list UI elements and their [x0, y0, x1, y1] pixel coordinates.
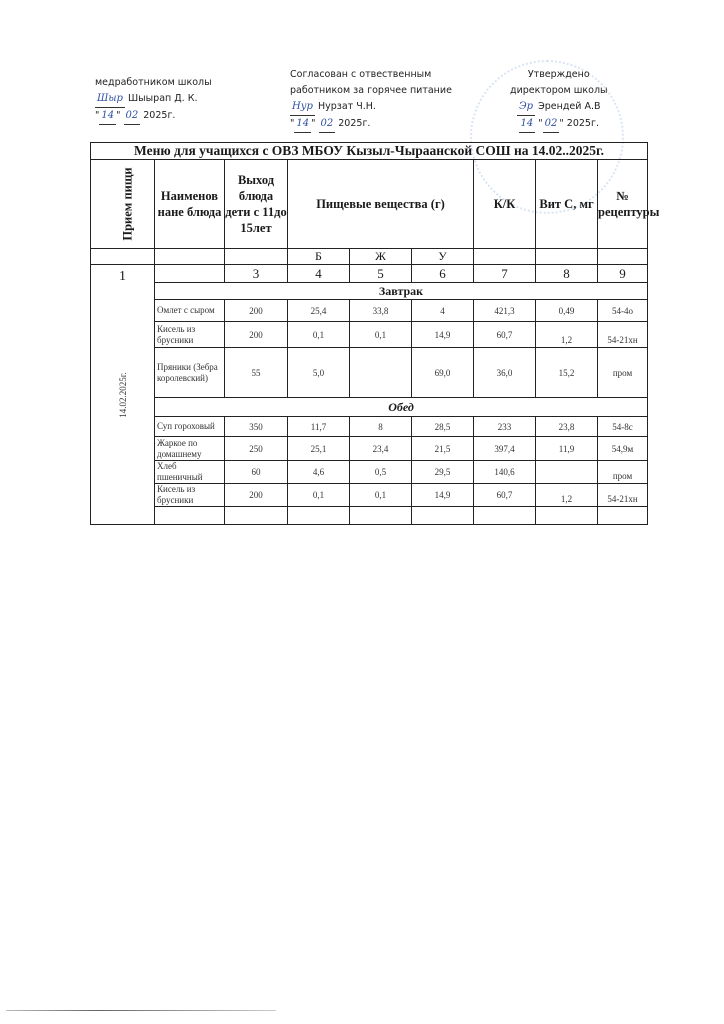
dish-name: Суп гороховый — [155, 417, 225, 437]
responsible-year: 2025г. — [338, 118, 370, 129]
director-signature-line: Эр Эрендей А.В — [510, 99, 608, 116]
dish-portion — [225, 507, 288, 525]
dish-kcal: 421,3 — [474, 300, 536, 322]
responsible-date: "14" 02 2025г. — [290, 116, 452, 133]
dish-fat: 33,8 — [350, 300, 412, 322]
dish-name — [155, 507, 225, 525]
responsible-signature: Нур — [290, 99, 315, 116]
dish-row: Жаркое по домашнему25025,123,421,5397,41… — [91, 437, 648, 461]
dish-portion: 55 — [225, 348, 288, 398]
header-meal: Прием пищи — [91, 160, 155, 249]
dish-portion: 60 — [225, 461, 288, 484]
dish-portion: 200 — [225, 484, 288, 507]
dish-portion: 200 — [225, 300, 288, 322]
table-title: Меню для учащихся с ОВЗ МБОУ Кызыл-Чыраа… — [91, 143, 648, 160]
dish-vitc: 23,8 — [536, 417, 598, 437]
dish-recipe: 54-8с — [598, 417, 648, 437]
medic-day: 14 — [99, 108, 116, 125]
director-title-2: директором школы — [510, 83, 608, 99]
director-title-1: Утверждено — [510, 67, 608, 83]
responsible-title-2: работником за горячее питание — [290, 83, 452, 99]
column-numbers-row: 114.02.2025г.3456789 — [91, 265, 648, 283]
column-number: 9 — [598, 265, 648, 283]
dish-recipe: 54,9м — [598, 437, 648, 461]
dish-fat: 0,1 — [350, 484, 412, 507]
dish-row: Хлеб пшеничный604,60,529,5140,6пром — [91, 461, 648, 484]
subheader-protein: Б — [288, 249, 350, 265]
dish-carbs — [412, 507, 474, 525]
header-kcal: К/К — [474, 160, 536, 249]
dish-vitc — [536, 507, 598, 525]
dish-carbs: 28,5 — [412, 417, 474, 437]
dish-row: Суп гороховый35011,7828,523323,854-8с — [91, 417, 648, 437]
dish-vitc: 1,2 — [536, 484, 598, 507]
menu-table: Меню для учащихся с ОВЗ МБОУ Кызыл-Чыраа… — [90, 142, 648, 525]
director-signature: Эр — [517, 99, 535, 116]
dish-name: Кисель из брусники — [155, 484, 225, 507]
dish-carbs: 14,9 — [412, 484, 474, 507]
dish-row: Кисель из брусники2000,10,114,960,71,254… — [91, 322, 648, 348]
dish-name: Жаркое по домашнему — [155, 437, 225, 461]
dish-carbs: 21,5 — [412, 437, 474, 461]
dish-recipe: 54-21хн — [598, 484, 648, 507]
section-row: Обед — [91, 398, 648, 417]
subheader-carbs: У — [412, 249, 474, 265]
dish-kcal: 60,7 — [474, 484, 536, 507]
meal-date-cell: 114.02.2025г. — [91, 265, 155, 525]
header-recipe: № рецептуры — [598, 160, 648, 249]
medic-signature: Шыр — [95, 91, 125, 108]
subheader-row: Б Ж У — [91, 249, 648, 265]
medic-signature-line: Шыр Шыырап Д. К. — [95, 91, 212, 108]
dish-recipe — [598, 507, 648, 525]
responsible-day: 14 — [294, 116, 311, 133]
medic-year: 2025г. — [143, 110, 175, 121]
dish-recipe: 54-4о — [598, 300, 648, 322]
dish-kcal: 60,7 — [474, 322, 536, 348]
dish-fat: 8 — [350, 417, 412, 437]
dish-name: Омлет с сыром — [155, 300, 225, 322]
medic-date: "14" 02 2025г. — [95, 108, 212, 125]
dish-fat — [350, 348, 412, 398]
scan-edge-line — [6, 1010, 276, 1011]
meal-date: 14.02.2025г. — [118, 372, 128, 417]
dish-row — [91, 507, 648, 525]
responsible-approval: Согласован с отвественным работником за … — [290, 67, 452, 133]
dish-protein: 25,4 — [288, 300, 350, 322]
dish-kcal: 233 — [474, 417, 536, 437]
director-date: 14 "02" 2025г. — [510, 116, 608, 133]
dish-carbs: 69,0 — [412, 348, 474, 398]
director-day: 14 — [519, 116, 536, 133]
dish-protein: 5,0 — [288, 348, 350, 398]
director-name: Эрендей А.В — [538, 101, 600, 112]
dish-name: Пряники (Зебра королевский) — [155, 348, 225, 398]
dish-protein: 0,1 — [288, 322, 350, 348]
director-approval: Утверждено директором школы Эр Эрендей А… — [510, 67, 608, 133]
dish-vitc — [536, 461, 598, 484]
dish-vitc: 11,9 — [536, 437, 598, 461]
dish-row: Омлет с сыром20025,433,84421,30,4954-4о — [91, 300, 648, 322]
header-vitc: Вит С, мг — [536, 160, 598, 249]
dish-recipe: пром — [598, 348, 648, 398]
column-number: 7 — [474, 265, 536, 283]
responsible-name: Нурзат Ч.Н. — [318, 101, 376, 112]
dish-portion: 250 — [225, 437, 288, 461]
director-year: 2025г. — [567, 118, 599, 129]
header-portion: Выход блюда дети с 11до 15лет — [225, 160, 288, 249]
table-title-row: Меню для учащихся с ОВЗ МБОУ Кызыл-Чыраа… — [91, 143, 648, 160]
responsible-signature-line: Нур Нурзат Ч.Н. — [290, 99, 452, 116]
column-number: 5 — [350, 265, 412, 283]
medic-approval: медработником школы Шыр Шыырап Д. К. "14… — [95, 75, 212, 125]
dish-protein — [288, 507, 350, 525]
dish-fat — [350, 507, 412, 525]
dish-carbs: 29,5 — [412, 461, 474, 484]
dish-kcal: 397,4 — [474, 437, 536, 461]
column-number: 4 — [288, 265, 350, 283]
dish-name: Хлеб пшеничный — [155, 461, 225, 484]
dish-protein: 4,6 — [288, 461, 350, 484]
medic-month: 02 — [124, 108, 141, 125]
dish-row: Кисель из брусники2000,10,114,960,71,254… — [91, 484, 648, 507]
dish-vitc: 1,2 — [536, 322, 598, 348]
header-name: Наименов нане блюда — [155, 160, 225, 249]
section-label: Обед — [155, 398, 648, 417]
header-row: Прием пищи Наименов нане блюда Выход блю… — [91, 160, 648, 249]
dish-vitc: 0,49 — [536, 300, 598, 322]
column-number: 6 — [412, 265, 474, 283]
dish-recipe: пром — [598, 461, 648, 484]
dish-kcal: 36,0 — [474, 348, 536, 398]
dish-protein: 0,1 — [288, 484, 350, 507]
dish-fat: 23,4 — [350, 437, 412, 461]
dish-protein: 11,7 — [288, 417, 350, 437]
dish-portion: 350 — [225, 417, 288, 437]
dish-kcal — [474, 507, 536, 525]
dish-portion: 200 — [225, 322, 288, 348]
dish-vitc: 15,2 — [536, 348, 598, 398]
section-label: Завтрак — [155, 283, 648, 300]
dish-carbs: 4 — [412, 300, 474, 322]
meal-number: 1 — [91, 269, 154, 285]
dish-kcal: 140,6 — [474, 461, 536, 484]
director-month: 02 — [543, 116, 560, 133]
header-nutrients: Пищевые вещества (г) — [288, 160, 474, 249]
dish-protein: 25,1 — [288, 437, 350, 461]
column-number: 8 — [536, 265, 598, 283]
responsible-title-1: Согласован с отвественным — [290, 67, 452, 83]
section-row: Завтрак — [91, 283, 648, 300]
dish-recipe: 54-21хн — [598, 322, 648, 348]
medic-name: Шыырап Д. К. — [128, 93, 197, 104]
medic-title: медработником школы — [95, 75, 212, 91]
dish-fat: 0,5 — [350, 461, 412, 484]
column-number: 3 — [225, 265, 288, 283]
dish-name: Кисель из брусники — [155, 322, 225, 348]
subheader-fat: Ж — [350, 249, 412, 265]
responsible-month: 02 — [319, 116, 336, 133]
dish-fat: 0,1 — [350, 322, 412, 348]
dish-carbs: 14,9 — [412, 322, 474, 348]
dish-row: Пряники (Зебра королевский)555,069,036,0… — [91, 348, 648, 398]
